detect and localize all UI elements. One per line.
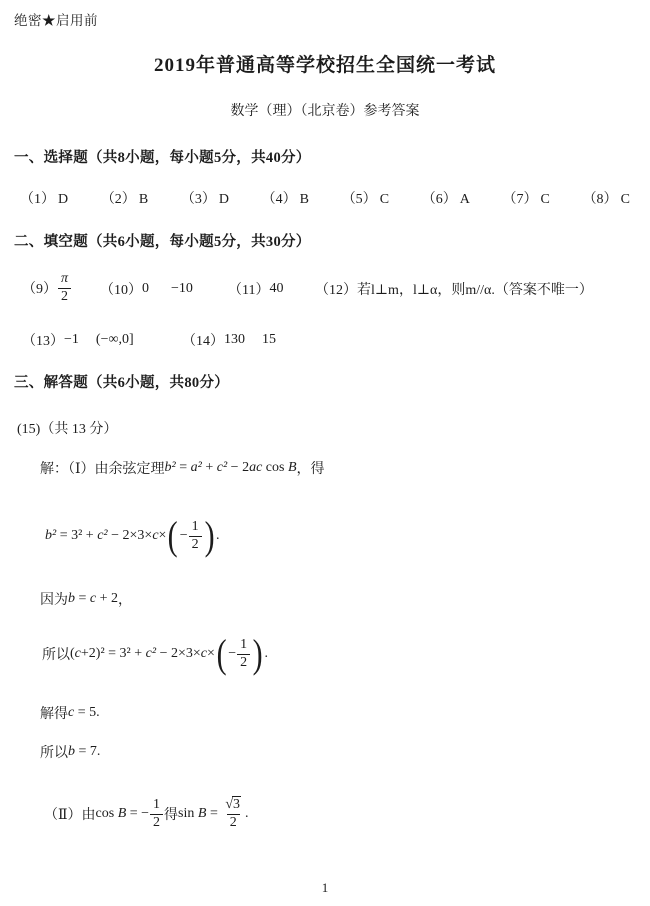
math-seg: + 2	[96, 591, 118, 607]
solution-line1-prefix: 解：（Ⅰ）由余弦定理	[40, 458, 165, 478]
math-seg: +2)²	[81, 646, 105, 662]
choice-answer-5-label: （5）	[342, 192, 377, 207]
solution-line-cosine-rule: 解：（Ⅰ）由余弦定理b² = a² + c² − 2ac cos B，得	[40, 458, 325, 478]
answer-q12-label: （12）	[315, 279, 357, 299]
math-seg: B	[198, 806, 207, 822]
period: .	[96, 705, 100, 721]
answer-q10-value-2: −10	[171, 281, 193, 297]
choice-answer-6-value: A	[460, 192, 470, 207]
solution-line-so-b: 所以b = 7.	[40, 742, 100, 762]
answer-q14: （14）13015	[182, 330, 276, 350]
page-number: 1	[0, 880, 650, 896]
choice-answer-6: （6）A	[422, 188, 470, 208]
solution-line3-prefix: 因为	[40, 589, 68, 609]
choice-answer-8: （8）C	[583, 188, 630, 208]
math-seg: b²	[45, 528, 56, 544]
choice-answer-7: （7）C	[503, 188, 550, 208]
math-seg: =	[75, 591, 90, 607]
answer-q11-value: 40	[269, 281, 283, 297]
answer-q13: （13）−1(−∞,0]	[22, 330, 134, 350]
answer-q13-label: （13）	[22, 330, 64, 350]
fraction-numerator: √3	[222, 797, 244, 813]
fraction-numerator: π	[58, 271, 71, 287]
math-seg: B	[118, 806, 127, 822]
answer-q11: （11）40	[228, 279, 283, 299]
period: .	[264, 646, 268, 662]
choice-answer-2: （2）B	[101, 188, 148, 208]
fraction-one-half: 12	[189, 519, 202, 552]
minus-sign: −	[228, 646, 236, 662]
minus-sign: −	[180, 528, 188, 544]
fraction-sqrt3-over-2: √32	[222, 797, 244, 830]
fraction-denominator: 2	[227, 814, 240, 831]
choice-answer-2-label: （2）	[101, 192, 136, 207]
answer-q14-value-1: 130	[224, 332, 245, 348]
choice-answers-row: （1）D （2）B （3）D （4）B （5）C （6）A （7）C （8）C	[20, 188, 630, 208]
choice-answer-3-value: D	[219, 192, 229, 207]
section-solutions-heading: 三、解答题（共6小题，共80分）	[14, 371, 229, 392]
choice-answer-8-label: （8）	[583, 192, 618, 207]
math-seg: − 2×3×	[108, 528, 153, 544]
period: .	[97, 744, 101, 760]
choice-answer-6-label: （6）	[422, 192, 457, 207]
math-seg: a²	[191, 460, 202, 476]
math-seg: =	[206, 806, 221, 822]
fraction-one-half: 12	[237, 637, 250, 670]
math-seg: c²	[97, 528, 107, 544]
choice-answer-5: （5）C	[342, 188, 389, 208]
math-seg: = 7	[75, 744, 97, 760]
solution-line1-suffix: ，得	[297, 458, 325, 478]
answer-q12: （12）若l⊥m，l⊥α，则m//α.（答案不唯一）	[315, 279, 593, 299]
math-seg: cos	[96, 806, 118, 822]
answer-q10-label: （10）	[100, 279, 142, 299]
choice-answer-7-value: C	[541, 192, 550, 207]
fraction-numerator: 1	[237, 637, 250, 653]
fraction-denominator: 2	[58, 288, 71, 305]
choice-answer-3-label: （3）	[181, 192, 216, 207]
big-paren-open: (	[168, 518, 178, 554]
math-seg: = 3² +	[105, 646, 146, 662]
choice-answer-8-value: C	[621, 192, 630, 207]
math-seg: sin	[178, 806, 198, 822]
answer-q14-value-2: 15	[262, 332, 276, 348]
math-seg: ×	[207, 646, 215, 662]
answer-q9-label: （9）	[22, 278, 57, 298]
answer-q9: （9）π2	[22, 266, 72, 310]
fraction-denominator: 2	[237, 654, 250, 671]
big-paren-close: )	[204, 518, 214, 554]
solution-line6-prefix: 所以	[40, 742, 68, 762]
section-choice-heading: 一、选择题（共8小题，每小题5分，共40分）	[14, 146, 311, 167]
answer-q10-value-1: 0	[142, 281, 149, 297]
classification-label: 绝密★启用前	[14, 9, 98, 29]
equation-b-squared: b² = 3² + c² − 2×3×c×(−12).	[45, 508, 220, 564]
choice-answer-3: （3）D	[181, 188, 229, 208]
solution-line7-mid: 得	[164, 804, 178, 824]
math-seg: c²	[217, 460, 227, 476]
solution-line4-prefix: 所以	[42, 644, 70, 664]
solution-line-solve-c: 解得c = 5.	[40, 703, 100, 723]
answer-q12-value: 若l⊥m，l⊥α，则m//α.（答案不唯一）	[357, 279, 593, 299]
choice-answer-1-value: D	[58, 192, 68, 207]
solution-line7-prefix: （Ⅱ）由	[44, 804, 96, 824]
fraction-denominator: 2	[150, 814, 163, 831]
choice-answer-5-value: C	[380, 192, 389, 207]
math-seg: b	[68, 744, 75, 760]
math-seg: = 3² +	[56, 528, 97, 544]
fraction-denominator: 2	[189, 536, 202, 553]
math-seg: =	[176, 460, 191, 476]
big-paren-open: (	[217, 636, 227, 672]
exam-answer-page: 绝密★启用前 2019年普通高等学校招生全国统一考试 数学（理）（北京卷）参考答…	[0, 0, 650, 906]
choice-answer-2-value: B	[139, 192, 148, 207]
big-paren-close: )	[253, 636, 263, 672]
choice-answer-1-label: （1）	[20, 192, 55, 207]
math-seg: cos	[262, 460, 288, 476]
section-fill-heading: 二、填空题（共6小题，每小题5分，共30分）	[14, 230, 311, 251]
solution-line5-prefix: 解得	[40, 703, 68, 723]
answer-q10: （10）0−10	[100, 279, 193, 299]
problem-15-label: (15)（共 13 分）	[17, 418, 117, 438]
math-seg: B	[288, 460, 297, 476]
radicand: 3	[232, 796, 241, 812]
math-seg: − 2	[227, 460, 249, 476]
period: .	[216, 528, 220, 544]
equation-c-plus-2-squared: 所以(c+2)² = 3² + c² − 2×3×c×(−12).	[42, 626, 268, 682]
math-seg: = −	[126, 806, 149, 822]
math-seg: b²	[165, 460, 176, 476]
solution-line3-suffix: ，	[118, 589, 132, 609]
page-title: 2019年普通高等学校招生全国统一考试	[0, 50, 650, 77]
choice-answer-7-label: （7）	[503, 192, 538, 207]
math-seg: = 5	[74, 705, 96, 721]
answer-q13-value-1: −1	[64, 332, 79, 348]
math-seg: +	[202, 460, 217, 476]
fraction-one-half: 12	[150, 797, 163, 830]
math-seg: b	[68, 591, 75, 607]
math-seg: ×	[159, 528, 167, 544]
fraction-numerator: 1	[189, 519, 202, 535]
math-seg: − 2×3×	[156, 646, 201, 662]
choice-answer-1: （1）D	[20, 188, 68, 208]
math-seg: c²	[146, 646, 156, 662]
answer-q13-value-2: (−∞,0]	[96, 332, 134, 348]
math-seg: ac	[249, 460, 262, 476]
fraction-numerator: 1	[150, 797, 163, 813]
solution-line-because: 因为b = c + 2，	[40, 589, 132, 609]
answer-q14-label: （14）	[182, 330, 224, 350]
choice-answer-4: （4）B	[262, 188, 309, 208]
choice-answer-4-value: B	[300, 192, 309, 207]
answer-q11-label: （11）	[228, 279, 269, 299]
fraction-pi-over-2: π2	[58, 271, 71, 304]
choice-answer-4-label: （4）	[262, 192, 297, 207]
solution-line-part2: （Ⅱ）由cos B = −12得sin B = √32.	[44, 786, 249, 842]
period: .	[245, 806, 249, 822]
page-subtitle: 数学（理）（北京卷）参考答案	[0, 100, 650, 120]
